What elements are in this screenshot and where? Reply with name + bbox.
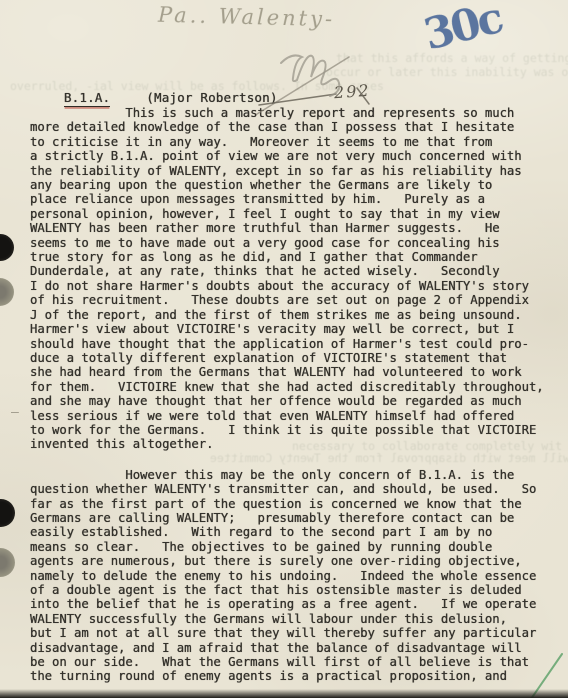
punch-hole-upper-black [0, 234, 14, 261]
document-scan-page: that this affords a way of getting out o… [0, 0, 568, 698]
pencil-title-annotation: Pa.. Walenty- [158, 3, 336, 32]
punch-hole-lower-black [0, 499, 15, 527]
punch-hole-lower-gray [0, 548, 15, 577]
margin-dash-mark: – [11, 405, 19, 420]
author-name: (Major Robertson) [146, 90, 277, 105]
document-body: This is such a masterly report and repre… [30, 106, 560, 684]
bleedthrough-line: occur or later this inability was only t… [326, 66, 568, 79]
punch-hole-upper-gray [0, 278, 14, 306]
section-label: B.1.A. [64, 90, 110, 107]
paragraph-1: This is such a masterly report and repre… [30, 106, 560, 452]
handwritten-page-number: 292 [333, 81, 371, 103]
page-bottom-shadow [0, 689, 568, 698]
paragraph-2: However this may be the only concern of … [30, 468, 560, 684]
